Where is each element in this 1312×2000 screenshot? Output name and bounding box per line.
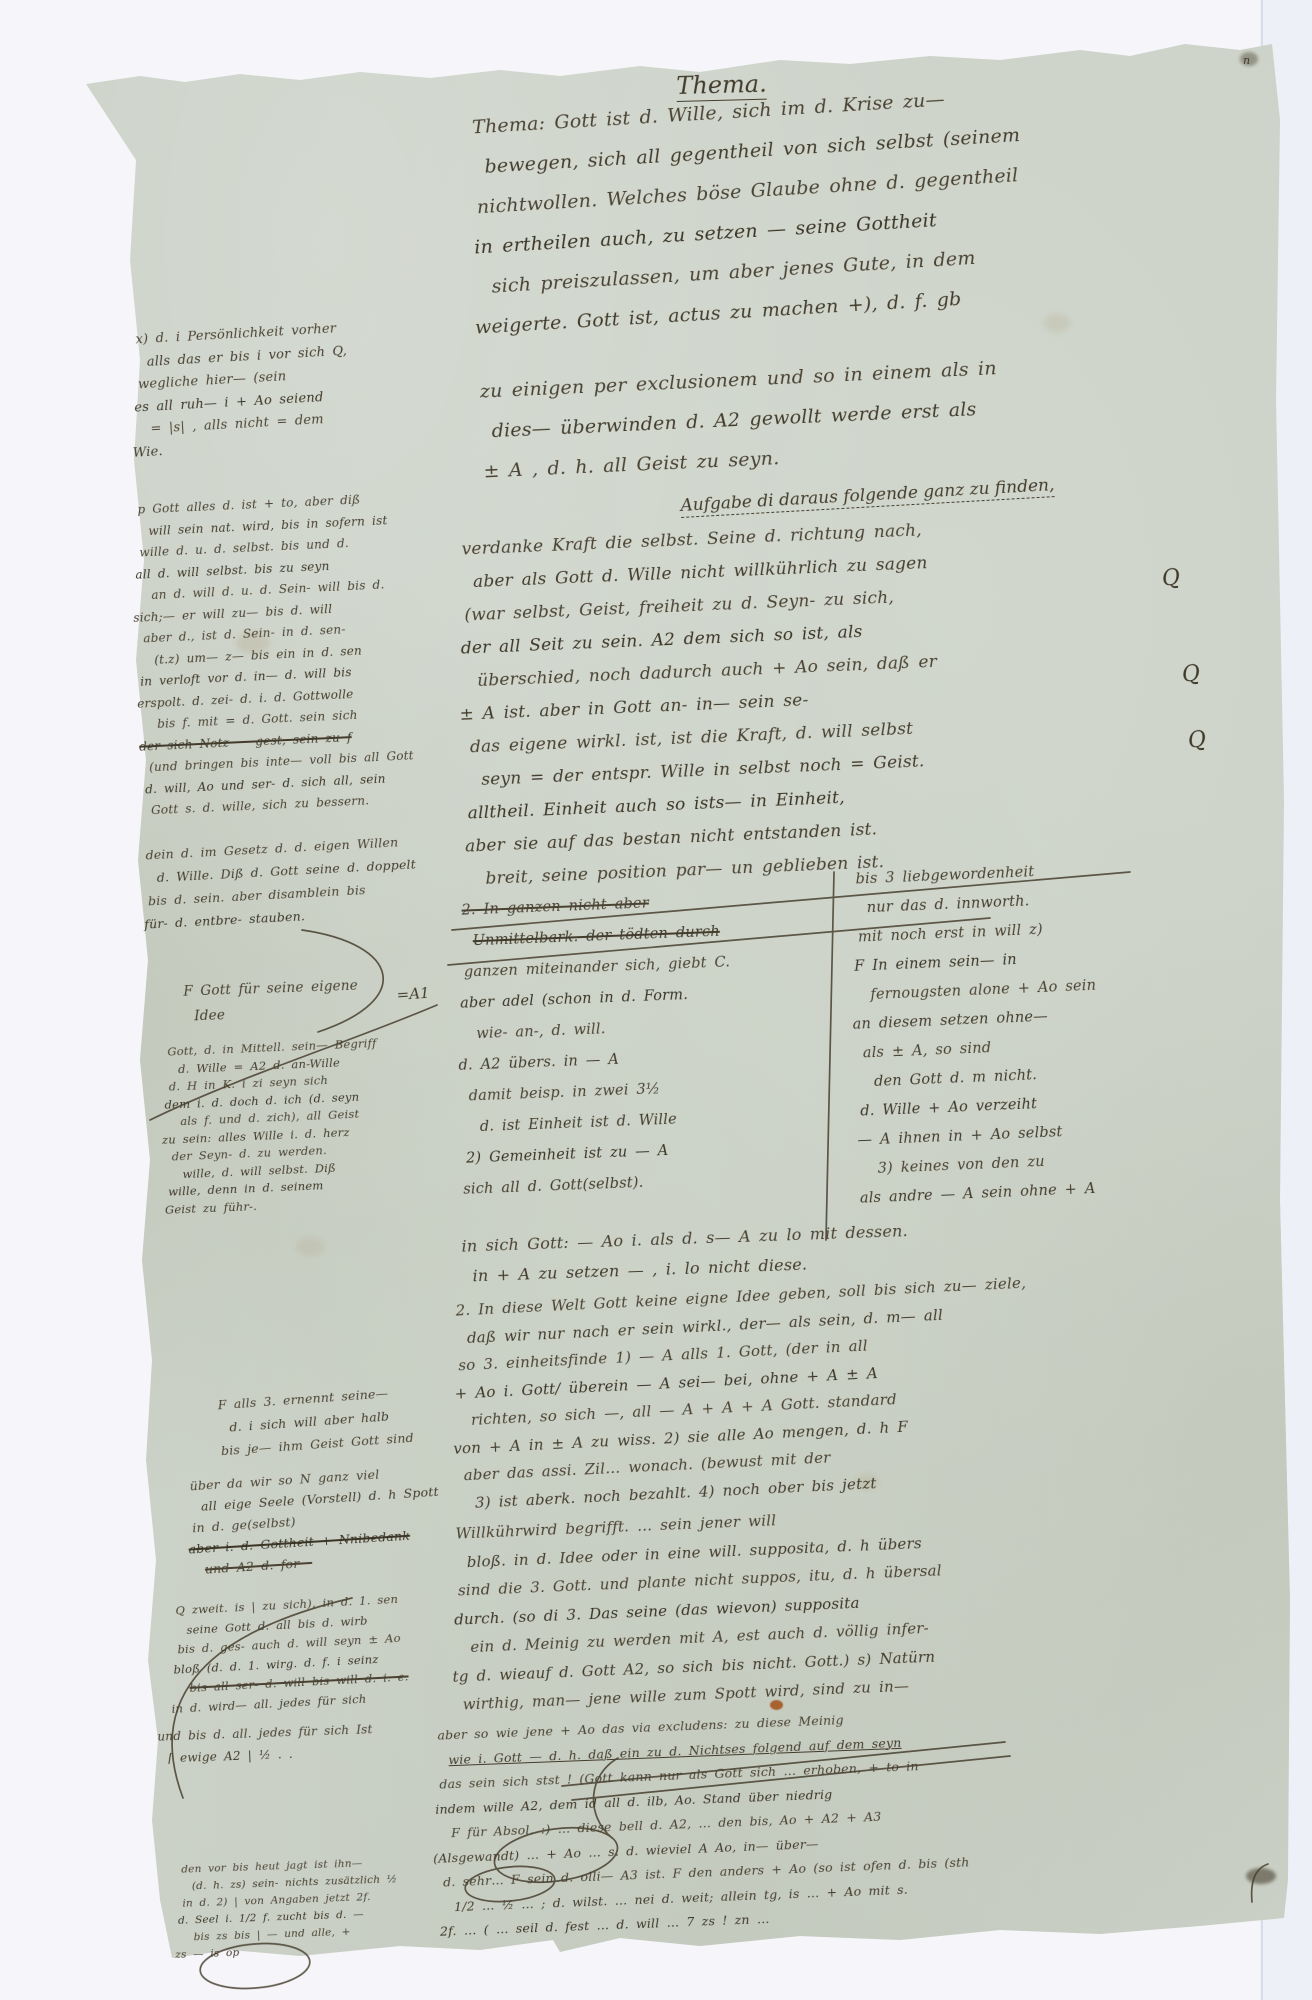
split-column-left: 2. In ganzen nicht aberUnmittelbark. der… [452,882,836,1206]
q-flourish-mark: Q [1181,661,1202,688]
margin-note-bottom-tiny: den vor bis heut jagt ist ihn—(d. h. zs)… [172,1851,485,1964]
formula-a1-text: =A1 [396,984,430,1004]
scanned-manuscript-page: { "page": { "heading": "Thema.", "corner… [0,0,1312,2000]
split-column-right: bis 3 liebgewordenheitnur das d. innwort… [846,849,1260,1213]
bottom-dense-section: aber so wie jene + Ao das via excludens:… [428,1692,1282,1945]
main-text-opening: Thema: Gott ist d. Wille, sich im d. Kri… [462,61,1265,347]
margin-note-circled: Gott, d. in Mittell. sein— Begriffd. Wil… [158,1032,443,1218]
margin-note-idee: F Gott für seine eigeneIdee [174,971,426,1030]
margin-formula-a1: =A1 [396,984,430,1004]
main-text-body: verdanke Kraft die selbst. Seine d. rich… [452,500,1266,896]
margin-note-g: Q zweit. is | zu sich), in d. 1. sensein… [166,1585,492,1719]
margin-note-3: dein d. im Gesetz d. d. eigen Willend. W… [136,828,450,936]
margin-note-f: über da wir so N ganz vielall eige Seele… [180,1457,496,1581]
numbered-section: 2. In diese Welt Gott keine eigne Idee g… [446,1258,1272,1518]
q-flourish-mark: Q [1161,565,1182,592]
lower-section: Willkührwird begrifft. … sein jener will… [446,1486,1274,1720]
margin-note-x: x) d. i Persönlichkeit vorheralls das er… [126,314,413,464]
q-flourish-mark: Q [1187,727,1208,754]
margin-note-2: p Gott alles d. ist + to, aber dißwill s… [128,486,452,822]
